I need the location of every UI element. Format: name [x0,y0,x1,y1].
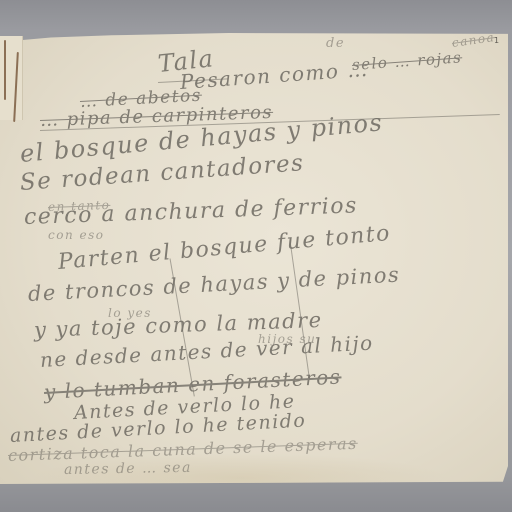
line-19: antes de … sea [64,460,192,478]
margin-note-de: de [326,36,345,51]
binding-mark-left [4,40,6,100]
line-8: con eso [48,228,104,242]
